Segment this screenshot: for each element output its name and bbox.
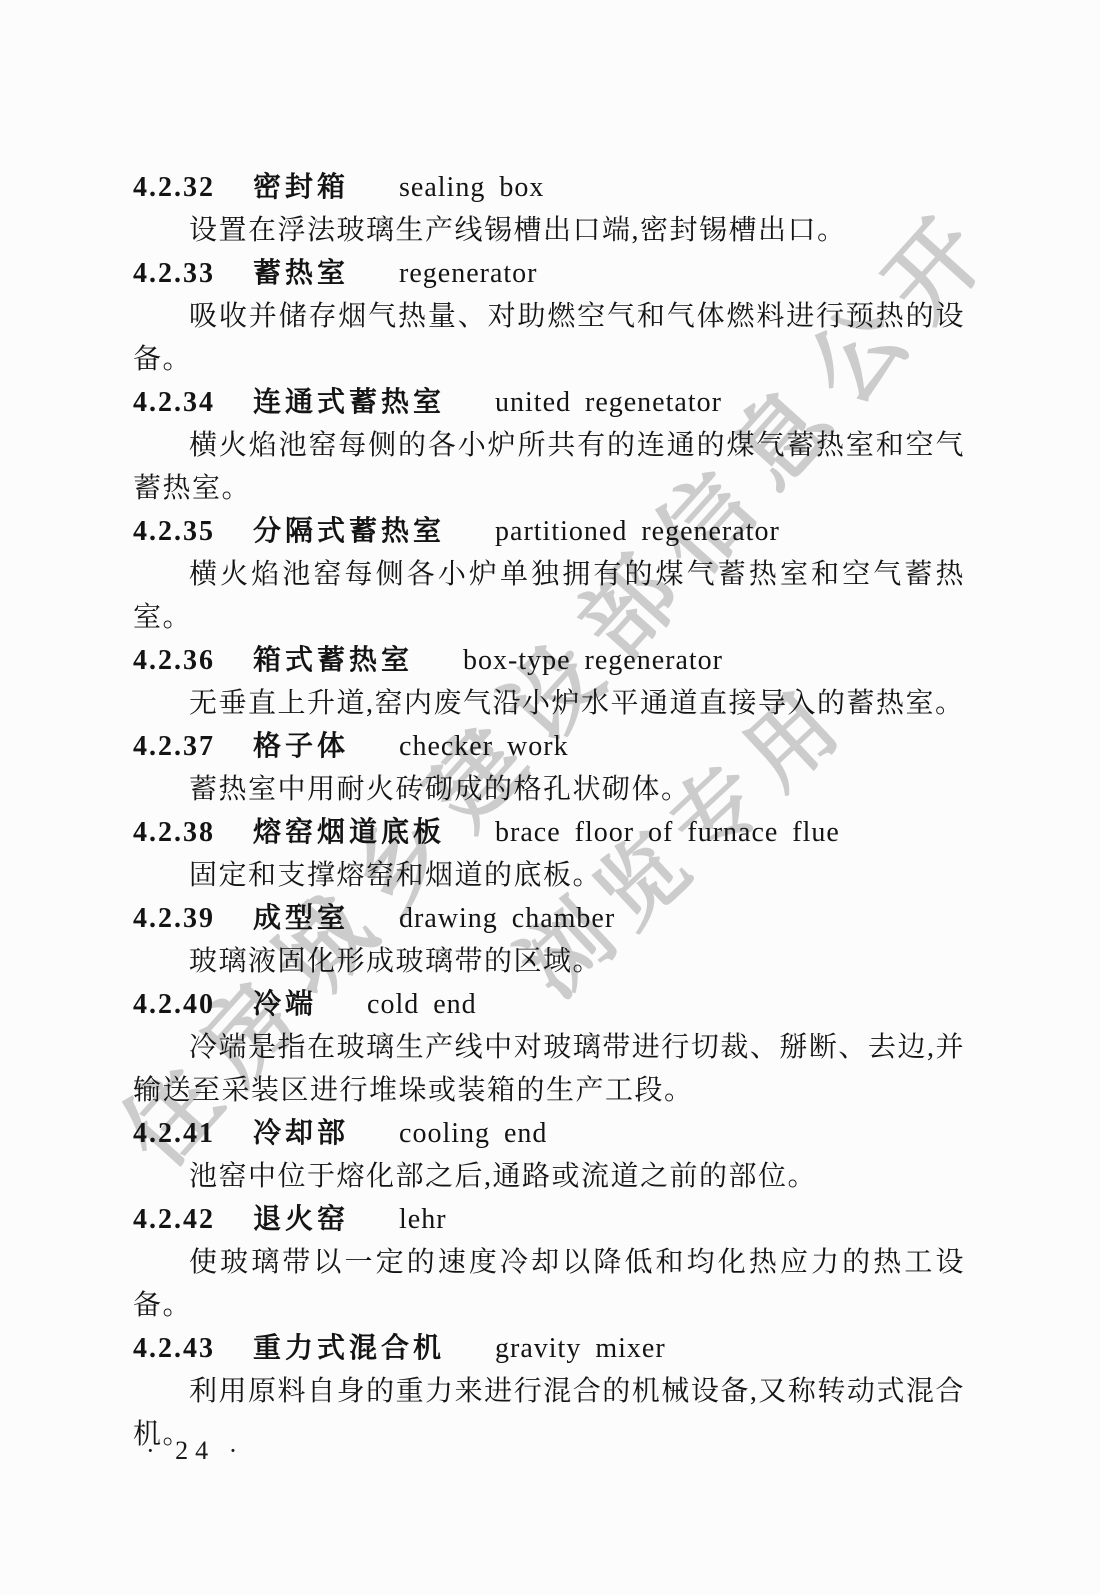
term-heading: 4.2.37格子体checker work: [133, 725, 965, 768]
term-entry: 4.2.40冷端cold end冷端是指在玻璃生产线中对玻璃带进行切裁、掰断、去…: [133, 983, 965, 1112]
term-english: regenerator: [399, 252, 537, 295]
term-number: 4.2.36: [133, 639, 215, 682]
term-heading: 4.2.43重力式混合机gravity mixer: [133, 1327, 965, 1370]
term-chinese: 冷端: [253, 983, 317, 1026]
term-english: checker work: [399, 725, 569, 768]
term-heading: 4.2.39成型室drawing chamber: [133, 897, 965, 940]
term-heading: 4.2.40冷端cold end: [133, 983, 965, 1026]
term-english: sealing box: [399, 166, 544, 209]
term-heading: 4.2.34连通式蓄热室united regenetator: [133, 381, 965, 424]
term-number: 4.2.39: [133, 897, 215, 940]
term-number: 4.2.32: [133, 166, 215, 209]
term-entry: 4.2.35分隔式蓄热室partitioned regenerator横火焰池窑…: [133, 510, 965, 639]
term-definition: 设置在浮法玻璃生产线锡槽出口端,密封锡槽出口。: [133, 209, 965, 252]
term-heading: 4.2.41冷却部cooling end: [133, 1112, 965, 1155]
term-english: cooling end: [399, 1112, 547, 1155]
term-entry: 4.2.32密封箱sealing box设置在浮法玻璃生产线锡槽出口端,密封锡槽…: [133, 166, 965, 252]
term-definition: 固定和支撑熔窑和烟道的底板。: [133, 854, 965, 897]
term-entry: 4.2.38熔窑烟道底板brace floor of furnace flue固…: [133, 811, 965, 897]
term-chinese: 蓄热室: [253, 252, 349, 295]
term-entry: 4.2.39成型室drawing chamber玻璃液固化形成玻璃带的区域。: [133, 897, 965, 983]
term-heading: 4.2.38熔窑烟道底板brace floor of furnace flue: [133, 811, 965, 854]
term-heading: 4.2.42退火窑lehr: [133, 1198, 965, 1241]
page-number: · 24 ·: [146, 1436, 244, 1465]
term-definition: 横火焰池窑每侧各小炉单独拥有的煤气蓄热室和空气蓄热室。: [133, 553, 965, 639]
term-definition: 横火焰池窑每侧的各小炉所共有的连通的煤气蓄热室和空气蓄热室。: [133, 424, 965, 510]
term-chinese: 重力式混合机: [253, 1327, 445, 1370]
term-entry: 4.2.42退火窑lehr使玻璃带以一定的速度冷却以降低和均化热应力的热工设备。: [133, 1198, 965, 1327]
term-definition: 利用原料自身的重力来进行混合的机械设备,又称转动式混合机。: [133, 1370, 965, 1456]
term-chinese: 冷却部: [253, 1112, 349, 1155]
term-definition: 使玻璃带以一定的速度冷却以降低和均化热应力的热工设备。: [133, 1241, 965, 1327]
term-definition: 冷端是指在玻璃生产线中对玻璃带进行切裁、掰断、去边,并输送至采装区进行堆垛或装箱…: [133, 1026, 965, 1112]
term-definition: 玻璃液固化形成玻璃带的区域。: [133, 940, 965, 983]
term-english: drawing chamber: [399, 897, 615, 940]
term-english: brace floor of furnace flue: [495, 811, 840, 854]
term-entry: 4.2.37格子体checker work蓄热室中用耐火砖砌成的格孔状砌体。: [133, 725, 965, 811]
term-definition: 无垂直上升道,窑内废气沿小炉水平通道直接导入的蓄热室。: [133, 682, 965, 725]
term-chinese: 成型室: [253, 897, 349, 940]
term-number: 4.2.43: [133, 1327, 215, 1370]
term-definition: 池窑中位于熔化部之后,通路或流道之前的部位。: [133, 1155, 965, 1198]
term-entry: 4.2.33蓄热室regenerator吸收并储存烟气热量、对助燃空气和气体燃料…: [133, 252, 965, 381]
term-entry: 4.2.36箱式蓄热室box-type regenerator无垂直上升道,窑内…: [133, 639, 965, 725]
term-english: gravity mixer: [495, 1327, 666, 1370]
term-chinese: 退火窑: [253, 1198, 349, 1241]
term-english: united regenetator: [495, 381, 722, 424]
page-footer: · 24 ·: [146, 1436, 244, 1466]
term-entry: 4.2.43重力式混合机gravity mixer利用原料自身的重力来进行混合的…: [133, 1327, 965, 1456]
term-chinese: 分隔式蓄热室: [253, 510, 445, 553]
term-number: 4.2.40: [133, 983, 215, 1026]
term-chinese: 格子体: [253, 725, 349, 768]
term-entry: 4.2.41冷却部cooling end池窑中位于熔化部之后,通路或流道之前的部…: [133, 1112, 965, 1198]
term-number: 4.2.37: [133, 725, 215, 768]
term-entry: 4.2.34连通式蓄热室united regenetator横火焰池窑每侧的各小…: [133, 381, 965, 510]
term-definition: 吸收并储存烟气热量、对助燃空气和气体燃料进行预热的设备。: [133, 295, 965, 381]
term-number: 4.2.38: [133, 811, 215, 854]
term-chinese: 密封箱: [253, 166, 349, 209]
term-english: cold end: [367, 983, 477, 1026]
term-chinese: 连通式蓄热室: [253, 381, 445, 424]
term-heading: 4.2.32密封箱sealing box: [133, 166, 965, 209]
term-english: lehr: [399, 1198, 447, 1241]
document-page: 住房城乡建设部信息公开 浏览专用 4.2.32密封箱sealing box设置在…: [0, 0, 1100, 1595]
term-heading: 4.2.35分隔式蓄热室partitioned regenerator: [133, 510, 965, 553]
term-heading: 4.2.33蓄热室regenerator: [133, 252, 965, 295]
term-number: 4.2.33: [133, 252, 215, 295]
term-chinese: 熔窑烟道底板: [253, 811, 445, 854]
term-number: 4.2.35: [133, 510, 215, 553]
term-heading: 4.2.36箱式蓄热室box-type regenerator: [133, 639, 965, 682]
terms-list: 4.2.32密封箱sealing box设置在浮法玻璃生产线锡槽出口端,密封锡槽…: [0, 0, 1100, 1456]
term-number: 4.2.41: [133, 1112, 215, 1155]
term-english: box-type regenerator: [463, 639, 723, 682]
term-number: 4.2.42: [133, 1198, 215, 1241]
term-chinese: 箱式蓄热室: [253, 639, 413, 682]
term-english: partitioned regenerator: [495, 510, 780, 553]
term-definition: 蓄热室中用耐火砖砌成的格孔状砌体。: [133, 768, 965, 811]
term-number: 4.2.34: [133, 381, 215, 424]
